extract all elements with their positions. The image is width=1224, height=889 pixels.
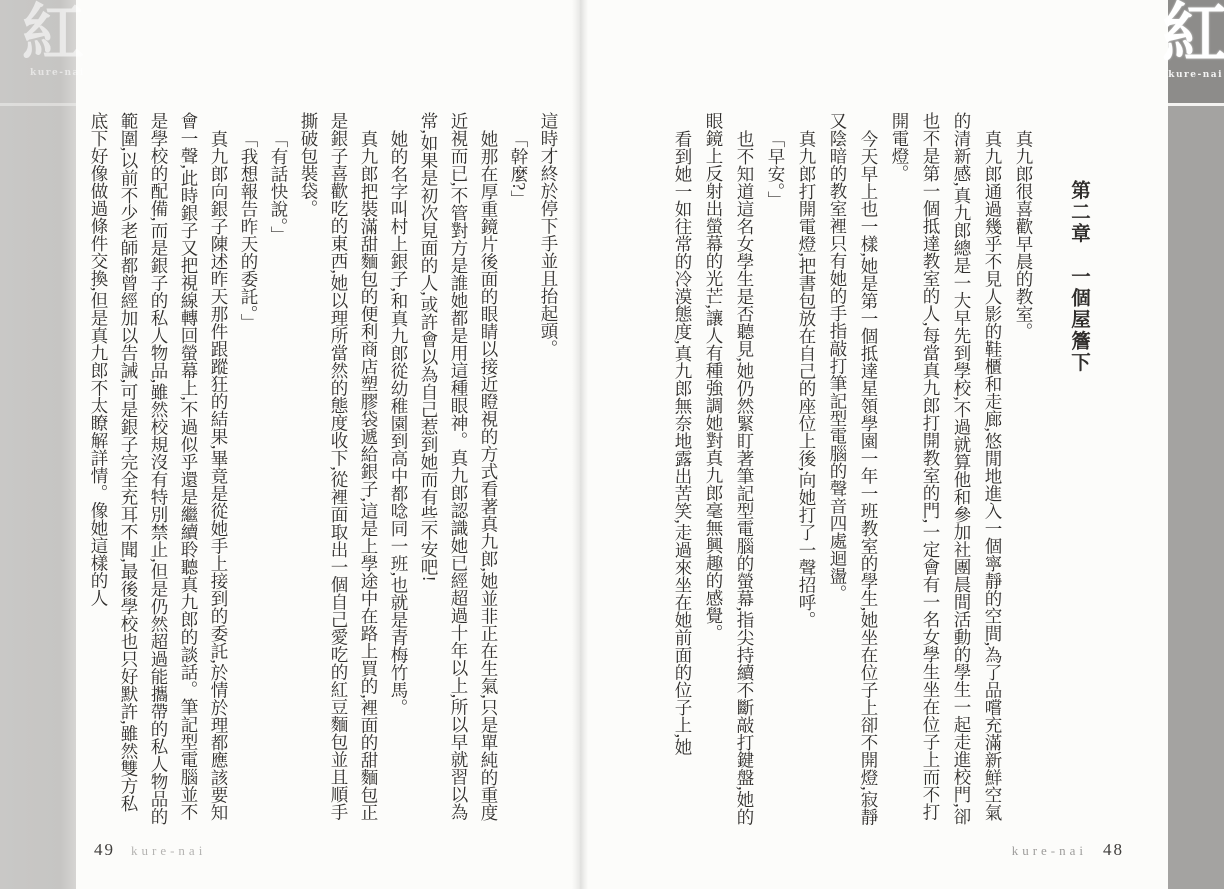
right-page-footer: kure-nai48 (1012, 840, 1124, 864)
left-page-footer: 49kure-nai (94, 840, 206, 864)
left-footer-brand: kure-nai (131, 843, 206, 858)
dialogue-line: 「早安。」 (760, 112, 791, 829)
paragraph: 也不知道這名女學生是否聽見,她仍然緊盯著筆記型電腦的螢幕,指尖持續不斷敲打鍵盤,… (698, 112, 760, 829)
right-edge-bar-logo-block (1168, 0, 1224, 103)
left-strip-divider-line (0, 103, 76, 106)
right-page-body: 第二章 一個屋簷下 真九郎很喜歡早晨的教室。 真九郎通過幾乎不見人影的鞋櫃和走廊… (667, 112, 1116, 829)
paragraph: 她的名字叫村上銀子,和真九郎從幼稚園到高中都唸同一班,也就是青梅竹馬。 (384, 112, 414, 829)
left-page-number: 49 (94, 840, 115, 859)
page-gutter-shadow (572, 0, 588, 889)
paragraph: 看到她一如往常的冷漠態度,真九郎無奈地露出苦笑,走過來坐在她前面的位子上,她 (667, 112, 698, 829)
paragraph: 她那在厚重鏡片後面的眼睛以接近瞪視的方式看著真九郎,她並非正在生氣,只是單純的重… (414, 112, 504, 829)
right-page-number: 48 (1103, 840, 1124, 859)
paragraph: 真九郎把裝滿甜麵包的便利商店塑膠袋遞給銀子,這是上學途中在路上買的,裡面的甜麵包… (294, 112, 384, 829)
paragraph: 這時才終於停下手並且抬起頭。 (534, 112, 564, 829)
left-edge-strip (0, 0, 76, 889)
dialogue-line: 「有話快說。」 (264, 112, 294, 829)
paragraph: 真九郎很喜歡早晨的教室。 (1008, 112, 1039, 829)
book-spread-scan: 紅 kure-nai 紅 kure-nai 第二章 一個屋簷下 真九郎很喜歡早晨… (0, 0, 1224, 889)
right-footer-brand: kure-nai (1012, 843, 1087, 858)
dialogue-line: 「幹麼?」 (504, 112, 534, 829)
dialogue-line: 「我想報告昨天的委託。」 (234, 112, 264, 829)
paragraph: 真九郎打開電燈,把書包放在自己的座位上後,向她打了一聲招呼。 (791, 112, 822, 829)
paragraph: 今天早上也一樣,她是第一個抵達星領學園一年一班教室的學生,她坐在位子上卻不開燈,… (822, 112, 884, 829)
left-page-body: 這時才終於停下手並且抬起頭。 「幹麼?」 她那在厚重鏡片後面的眼睛以接近瞪視的方… (84, 112, 564, 829)
paragraph: 真九郎通過幾乎不見人影的鞋櫃和走廊,悠閒地進入一個寧靜的空間,為了品嚐充滿新鮮空… (884, 112, 1008, 829)
right-edge-bar (1168, 0, 1224, 889)
paragraph: 真九郎向銀子陳述昨天那件跟蹤狂的結果,畢竟是從她手上接到的委託,於情於理都應該要… (84, 112, 234, 829)
right-bar-divider-line (1168, 103, 1224, 106)
chapter-heading: 第二章 一個屋簷下 (1063, 112, 1094, 829)
